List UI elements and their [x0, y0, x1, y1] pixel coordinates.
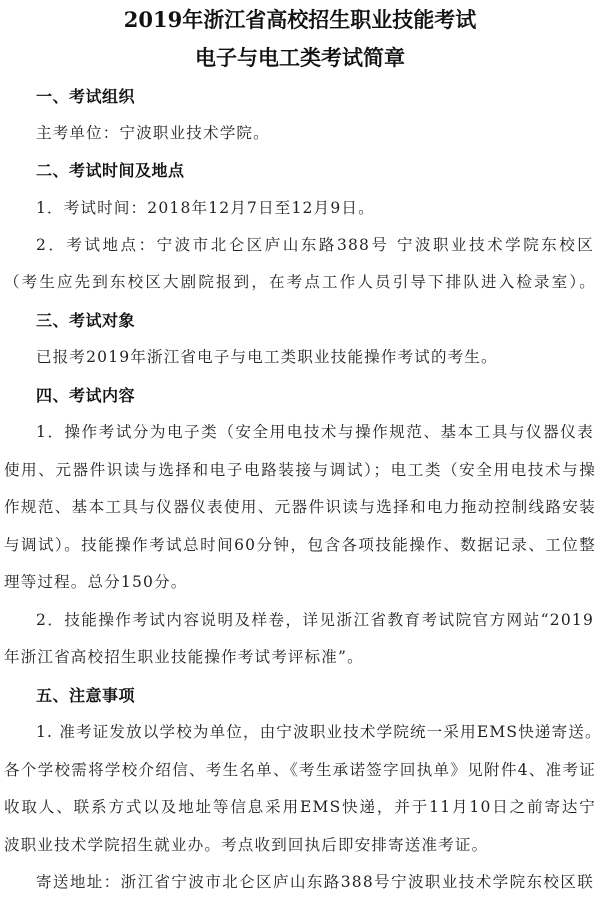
paragraph-line: （考生应先到东校区大剧院报到，在考点工作人员引导下排队进入检录室）。: [4, 270, 596, 292]
paragraph-line: 各个学校需将学校介绍信、考生名单、《考生承诺签字回执单》见附件4、准考证: [4, 758, 596, 780]
paragraph-line: 1．考试时间：2018年12月7日至12月9日。: [36, 196, 600, 218]
paragraph-line: 主考单位：宁波职业技术学院。: [36, 121, 600, 143]
paragraph-line: 作规范、基本工具与仪器仪表使用、元器件识读与选择和电力拖动控制线路安装: [4, 495, 596, 517]
section-heading-time-location: 二、考试时间及地点: [36, 158, 600, 181]
section-heading-content: 四、考试内容: [36, 383, 600, 406]
paragraph-line: 1. 准考证发放以学校为单位，由宁波职业技术学院统一采用EMS快递寄送。: [36, 720, 594, 742]
paragraph-line: 2．技能操作考试内容说明及样卷，详见浙江省教育考试院官方网站“2019: [36, 608, 594, 630]
paragraph-line: 年浙江省高校招生职业技能操作考试考评标准”。: [4, 645, 600, 667]
paragraph-line: 已报考2019年浙江省电子与电工类职业技能操作考试的考生。: [36, 345, 600, 367]
document-title: 2019年浙江省高校招生职业技能考试: [0, 4, 600, 34]
document-page: 2019年浙江省高校招生职业技能考试 电子与电工类考试简章 一、考试组织 主考单…: [0, 0, 600, 903]
paragraph-line: 1．操作考试分为电子类（安全用电技术与操作规范、基本工具与仪器仪表: [36, 420, 594, 442]
paragraph-line: 理等过程。总分150分。: [4, 570, 600, 592]
paragraph-line: 波职业技术学院招生就业办。考点收到回执后即安排寄送准考证。: [4, 833, 600, 855]
document-subtitle: 电子与电工类考试简章: [0, 42, 600, 72]
paragraph-line: 2．考试地点：宁波市北仑区庐山东路388号 宁波职业技术学院东校区: [36, 233, 594, 255]
paragraph-line: 收取人、联系方式以及地址等信息采用EMS快递，并于11月10日之前寄达宁: [4, 795, 596, 817]
section-heading-candidates: 三、考试对象: [36, 308, 600, 331]
paragraph-line: 与调试）。技能操作考试总时间60分钟，包含各项技能操作、数据记录、工位整: [4, 533, 596, 555]
section-heading-notes: 五、注意事项: [36, 683, 600, 706]
section-heading-organization: 一、考试组织: [36, 84, 600, 107]
paragraph-line: 使用、元器件识读与选择和电子电路装接与调试）；电工类（安全用电技术与操: [4, 458, 596, 480]
paragraph-line: 寄送地址：浙江省宁波市北仑区庐山东路388号宁波职业技术学院东校区联: [36, 870, 594, 892]
